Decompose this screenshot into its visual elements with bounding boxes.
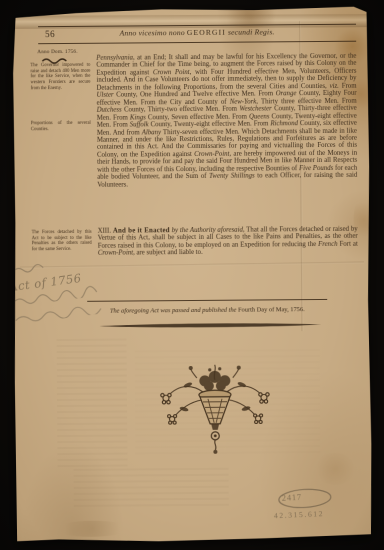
- anno-dom-note: Anno Dom. 1756.: [37, 49, 78, 55]
- publication-rule-top: [87, 299, 327, 302]
- header-rule-bottom: [38, 40, 356, 44]
- running-head: Anno vicesimo nono GEORGII secundi Regis…: [38, 27, 356, 38]
- catalog-number: 42.315.612: [274, 509, 325, 520]
- photo-background: 56 Anno vicesimo nono GEORGII secundi Re…: [0, 0, 384, 550]
- verso-show-through: [57, 339, 128, 472]
- margin-note-proportions: Proportions of the several Counties.: [31, 121, 91, 133]
- stain: [313, 453, 357, 485]
- stain: [54, 520, 130, 537]
- margin-note-governor: The Governor impowered to raise and deta…: [30, 63, 90, 92]
- pencil-scribble: [7, 259, 58, 275]
- accession-number-group: 2417: [281, 492, 302, 503]
- body-paragraph-continuation: Pennsylvania, at an End; It shall and ma…: [96, 53, 357, 189]
- publication-line: The aforegoing Act was passed and publis…: [87, 306, 327, 315]
- pencil-annotation: Act of 1756: [6, 248, 124, 330]
- paper-sheet: 56 Anno vicesimo nono GEORGII secundi Re…: [12, 7, 372, 543]
- swelled-rule: [97, 321, 323, 330]
- floral-basket-woodcut-icon: [159, 363, 272, 462]
- margin-note-penalties: The Forces detached by this Act to be su…: [32, 230, 92, 253]
- verso-show-through: [74, 468, 229, 509]
- accession-number: 2417: [281, 492, 302, 503]
- document-page: 56 Anno vicesimo nono GEORGII secundi Re…: [12, 7, 372, 543]
- body-paragraph-section-13: XIII. And be it Enacted by the Authority…: [98, 226, 358, 258]
